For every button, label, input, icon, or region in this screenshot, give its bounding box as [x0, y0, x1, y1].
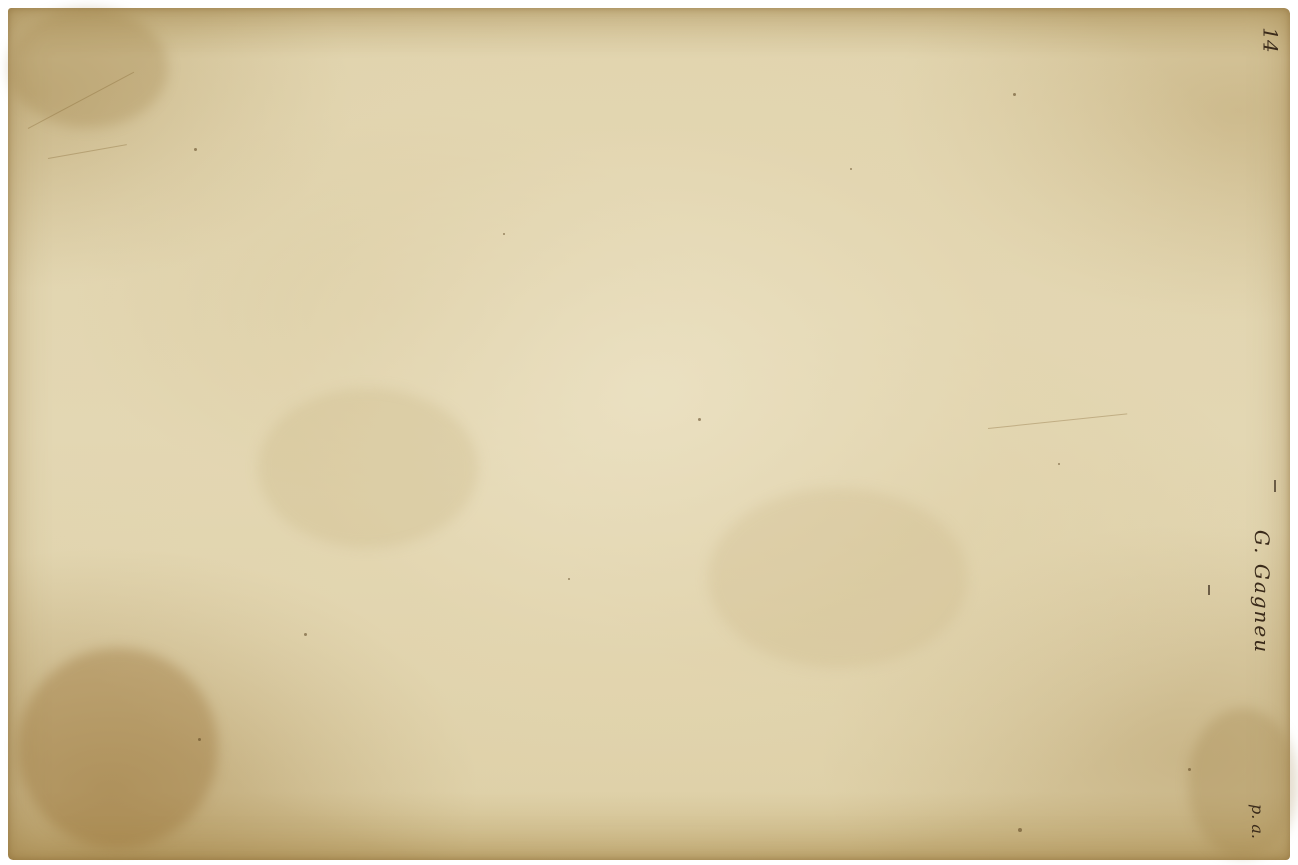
corner-stain	[8, 8, 168, 128]
crease-line	[988, 413, 1127, 429]
parchment-sheet	[8, 8, 1290, 860]
speck	[850, 168, 852, 170]
speck	[304, 633, 307, 636]
speck	[194, 148, 197, 151]
speck	[1018, 828, 1022, 832]
ink-tick	[1274, 480, 1276, 492]
edge-stain	[1188, 708, 1298, 858]
center-stain	[258, 388, 478, 548]
speck	[568, 578, 570, 580]
center-stain	[708, 488, 968, 668]
speck	[198, 738, 201, 741]
ink-tick	[1208, 585, 1210, 595]
crease-line	[48, 144, 127, 159]
speck	[1013, 93, 1016, 96]
speck	[1058, 463, 1060, 465]
speck	[1188, 768, 1191, 771]
handwritten-annotation-bottom: p. a.	[1248, 804, 1267, 839]
speck	[503, 233, 505, 235]
corner-stain	[18, 648, 218, 848]
handwritten-annotation-middle: G. Gagneu	[1250, 530, 1274, 654]
speck	[698, 418, 701, 421]
handwritten-annotation-top: 14	[1259, 27, 1283, 52]
